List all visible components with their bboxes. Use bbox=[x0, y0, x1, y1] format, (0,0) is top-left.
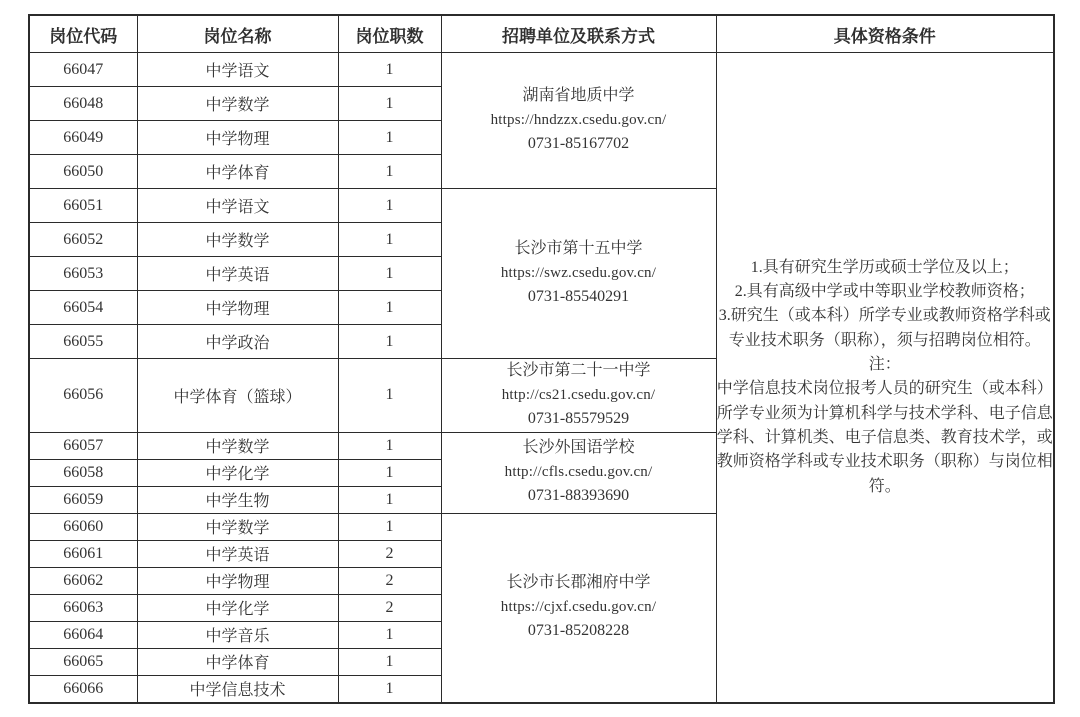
recruiting-unit-cell: 长沙外国语学校http://cfls.csedu.gov.cn/0731-883… bbox=[441, 432, 716, 513]
position-code-cell: 66057 bbox=[29, 432, 137, 459]
position-code-cell: 66047 bbox=[29, 53, 137, 87]
position-code-cell: 66052 bbox=[29, 223, 137, 257]
position-count-cell: 1 bbox=[338, 486, 441, 513]
table-body: 66047中学语文1湖南省地质中学https://hndzzx.csedu.go… bbox=[29, 53, 1054, 703]
position-name-cell: 中学物理 bbox=[137, 121, 338, 155]
position-code-cell: 66050 bbox=[29, 155, 137, 189]
position-name-cell: 中学英语 bbox=[137, 540, 338, 567]
position-code-cell: 66060 bbox=[29, 513, 137, 540]
position-code-cell: 66058 bbox=[29, 459, 137, 486]
position-count-cell: 2 bbox=[338, 540, 441, 567]
school-name: 长沙市长郡湘府中学 bbox=[442, 571, 716, 596]
position-count-cell: 2 bbox=[338, 594, 441, 621]
school-url: https://swz.csedu.gov.cn/ bbox=[442, 262, 716, 285]
recruitment-notice-page: 岗位代码岗位名称岗位职数招聘单位及联系方式具体资格条件 66047中学语文1湖南… bbox=[0, 0, 1080, 717]
table-row: 66047中学语文1湖南省地质中学https://hndzzx.csedu.go… bbox=[29, 53, 1054, 87]
position-code-cell: 66066 bbox=[29, 675, 137, 703]
position-name-cell: 中学体育 bbox=[137, 155, 338, 189]
position-name-cell: 中学体育 bbox=[137, 648, 338, 675]
position-count-cell: 1 bbox=[338, 291, 441, 325]
position-code-cell: 66063 bbox=[29, 594, 137, 621]
qualification-line: 1.具有研究生学历或硕士学位及以上； bbox=[717, 256, 1054, 280]
school-phone: 0731-85167702 bbox=[442, 132, 716, 157]
position-code-cell: 66065 bbox=[29, 648, 137, 675]
position-count-cell: 1 bbox=[338, 432, 441, 459]
position-name-cell: 中学政治 bbox=[137, 325, 338, 359]
position-count-cell: 1 bbox=[338, 325, 441, 359]
position-code-cell: 66048 bbox=[29, 87, 137, 121]
qualification-line: 3.研究生（或本科）所学专业或教师资格学科或专业技术职务（职称），须与招聘岗位相… bbox=[717, 304, 1054, 353]
position-name-cell: 中学物理 bbox=[137, 291, 338, 325]
school-name: 长沙外国语学校 bbox=[442, 436, 716, 461]
position-code-cell: 66053 bbox=[29, 257, 137, 291]
position-code-cell: 66051 bbox=[29, 189, 137, 223]
school-url: http://cfls.csedu.gov.cn/ bbox=[442, 461, 716, 484]
position-count-cell: 1 bbox=[338, 189, 441, 223]
school-phone: 0731-85540291 bbox=[442, 285, 716, 310]
position-name-cell: 中学数学 bbox=[137, 223, 338, 257]
school-url: https://cjxf.csedu.gov.cn/ bbox=[442, 596, 716, 619]
column-header: 岗位职数 bbox=[338, 15, 441, 53]
column-header: 岗位名称 bbox=[137, 15, 338, 53]
recruiting-unit-cell: 长沙市长郡湘府中学https://cjxf.csedu.gov.cn/0731-… bbox=[441, 513, 716, 703]
position-name-cell: 中学体育（篮球） bbox=[137, 359, 338, 433]
position-count-cell: 1 bbox=[338, 257, 441, 291]
position-name-cell: 中学信息技术 bbox=[137, 675, 338, 703]
column-header: 具体资格条件 bbox=[716, 15, 1054, 53]
recruitment-positions-table: 岗位代码岗位名称岗位职数招聘单位及联系方式具体资格条件 66047中学语文1湖南… bbox=[28, 14, 1055, 704]
position-count-cell: 1 bbox=[338, 359, 441, 433]
position-name-cell: 中学数学 bbox=[137, 87, 338, 121]
recruiting-unit-cell: 湖南省地质中学https://hndzzx.csedu.gov.cn/0731-… bbox=[441, 53, 716, 189]
school-phone: 0731-88393690 bbox=[442, 484, 716, 509]
position-count-cell: 1 bbox=[338, 513, 441, 540]
school-name: 长沙市第二十一中学 bbox=[442, 359, 716, 384]
recruiting-unit-cell: 长沙市第十五中学https://swz.csedu.gov.cn/0731-85… bbox=[441, 189, 716, 359]
position-code-cell: 66062 bbox=[29, 567, 137, 594]
school-phone: 0731-85208228 bbox=[442, 619, 716, 644]
qualification-line: 2.具有高级中学或中等职业学校教师资格； bbox=[717, 280, 1054, 304]
position-code-cell: 66059 bbox=[29, 486, 137, 513]
school-name: 湖南省地质中学 bbox=[442, 84, 716, 109]
table-header-row: 岗位代码岗位名称岗位职数招聘单位及联系方式具体资格条件 bbox=[29, 15, 1054, 53]
column-header: 招聘单位及联系方式 bbox=[441, 15, 716, 53]
position-count-cell: 1 bbox=[338, 223, 441, 257]
position-code-cell: 66064 bbox=[29, 621, 137, 648]
position-name-cell: 中学生物 bbox=[137, 486, 338, 513]
position-count-cell: 1 bbox=[338, 53, 441, 87]
position-name-cell: 中学化学 bbox=[137, 594, 338, 621]
position-count-cell: 1 bbox=[338, 155, 441, 189]
position-code-cell: 66049 bbox=[29, 121, 137, 155]
position-code-cell: 66056 bbox=[29, 359, 137, 433]
qualification-line: 中学信息技术岗位报考人员的研究生（或本科）所学专业须为计算机科学与技术学科、电子… bbox=[717, 377, 1054, 499]
position-name-cell: 中学音乐 bbox=[137, 621, 338, 648]
position-count-cell: 1 bbox=[338, 87, 441, 121]
position-count-cell: 1 bbox=[338, 675, 441, 703]
position-name-cell: 中学数学 bbox=[137, 432, 338, 459]
school-phone: 0731-85579529 bbox=[442, 407, 716, 432]
recruiting-unit-cell: 长沙市第二十一中学http://cs21.csedu.gov.cn/0731-8… bbox=[441, 359, 716, 433]
position-code-cell: 66061 bbox=[29, 540, 137, 567]
position-code-cell: 66055 bbox=[29, 325, 137, 359]
school-url: http://cs21.csedu.gov.cn/ bbox=[442, 384, 716, 407]
column-header: 岗位代码 bbox=[29, 15, 137, 53]
position-name-cell: 中学语文 bbox=[137, 53, 338, 87]
qualification-requirements-cell: 1.具有研究生学历或硕士学位及以上；2.具有高级中学或中等职业学校教师资格；3.… bbox=[716, 53, 1054, 703]
qualification-line: 注： bbox=[717, 353, 1054, 377]
position-code-cell: 66054 bbox=[29, 291, 137, 325]
school-url: https://hndzzx.csedu.gov.cn/ bbox=[442, 109, 716, 132]
position-name-cell: 中学数学 bbox=[137, 513, 338, 540]
position-count-cell: 2 bbox=[338, 567, 441, 594]
position-name-cell: 中学英语 bbox=[137, 257, 338, 291]
position-name-cell: 中学物理 bbox=[137, 567, 338, 594]
position-count-cell: 1 bbox=[338, 648, 441, 675]
position-count-cell: 1 bbox=[338, 459, 441, 486]
position-count-cell: 1 bbox=[338, 621, 441, 648]
position-name-cell: 中学化学 bbox=[137, 459, 338, 486]
school-name: 长沙市第十五中学 bbox=[442, 237, 716, 262]
position-name-cell: 中学语文 bbox=[137, 189, 338, 223]
position-count-cell: 1 bbox=[338, 121, 441, 155]
